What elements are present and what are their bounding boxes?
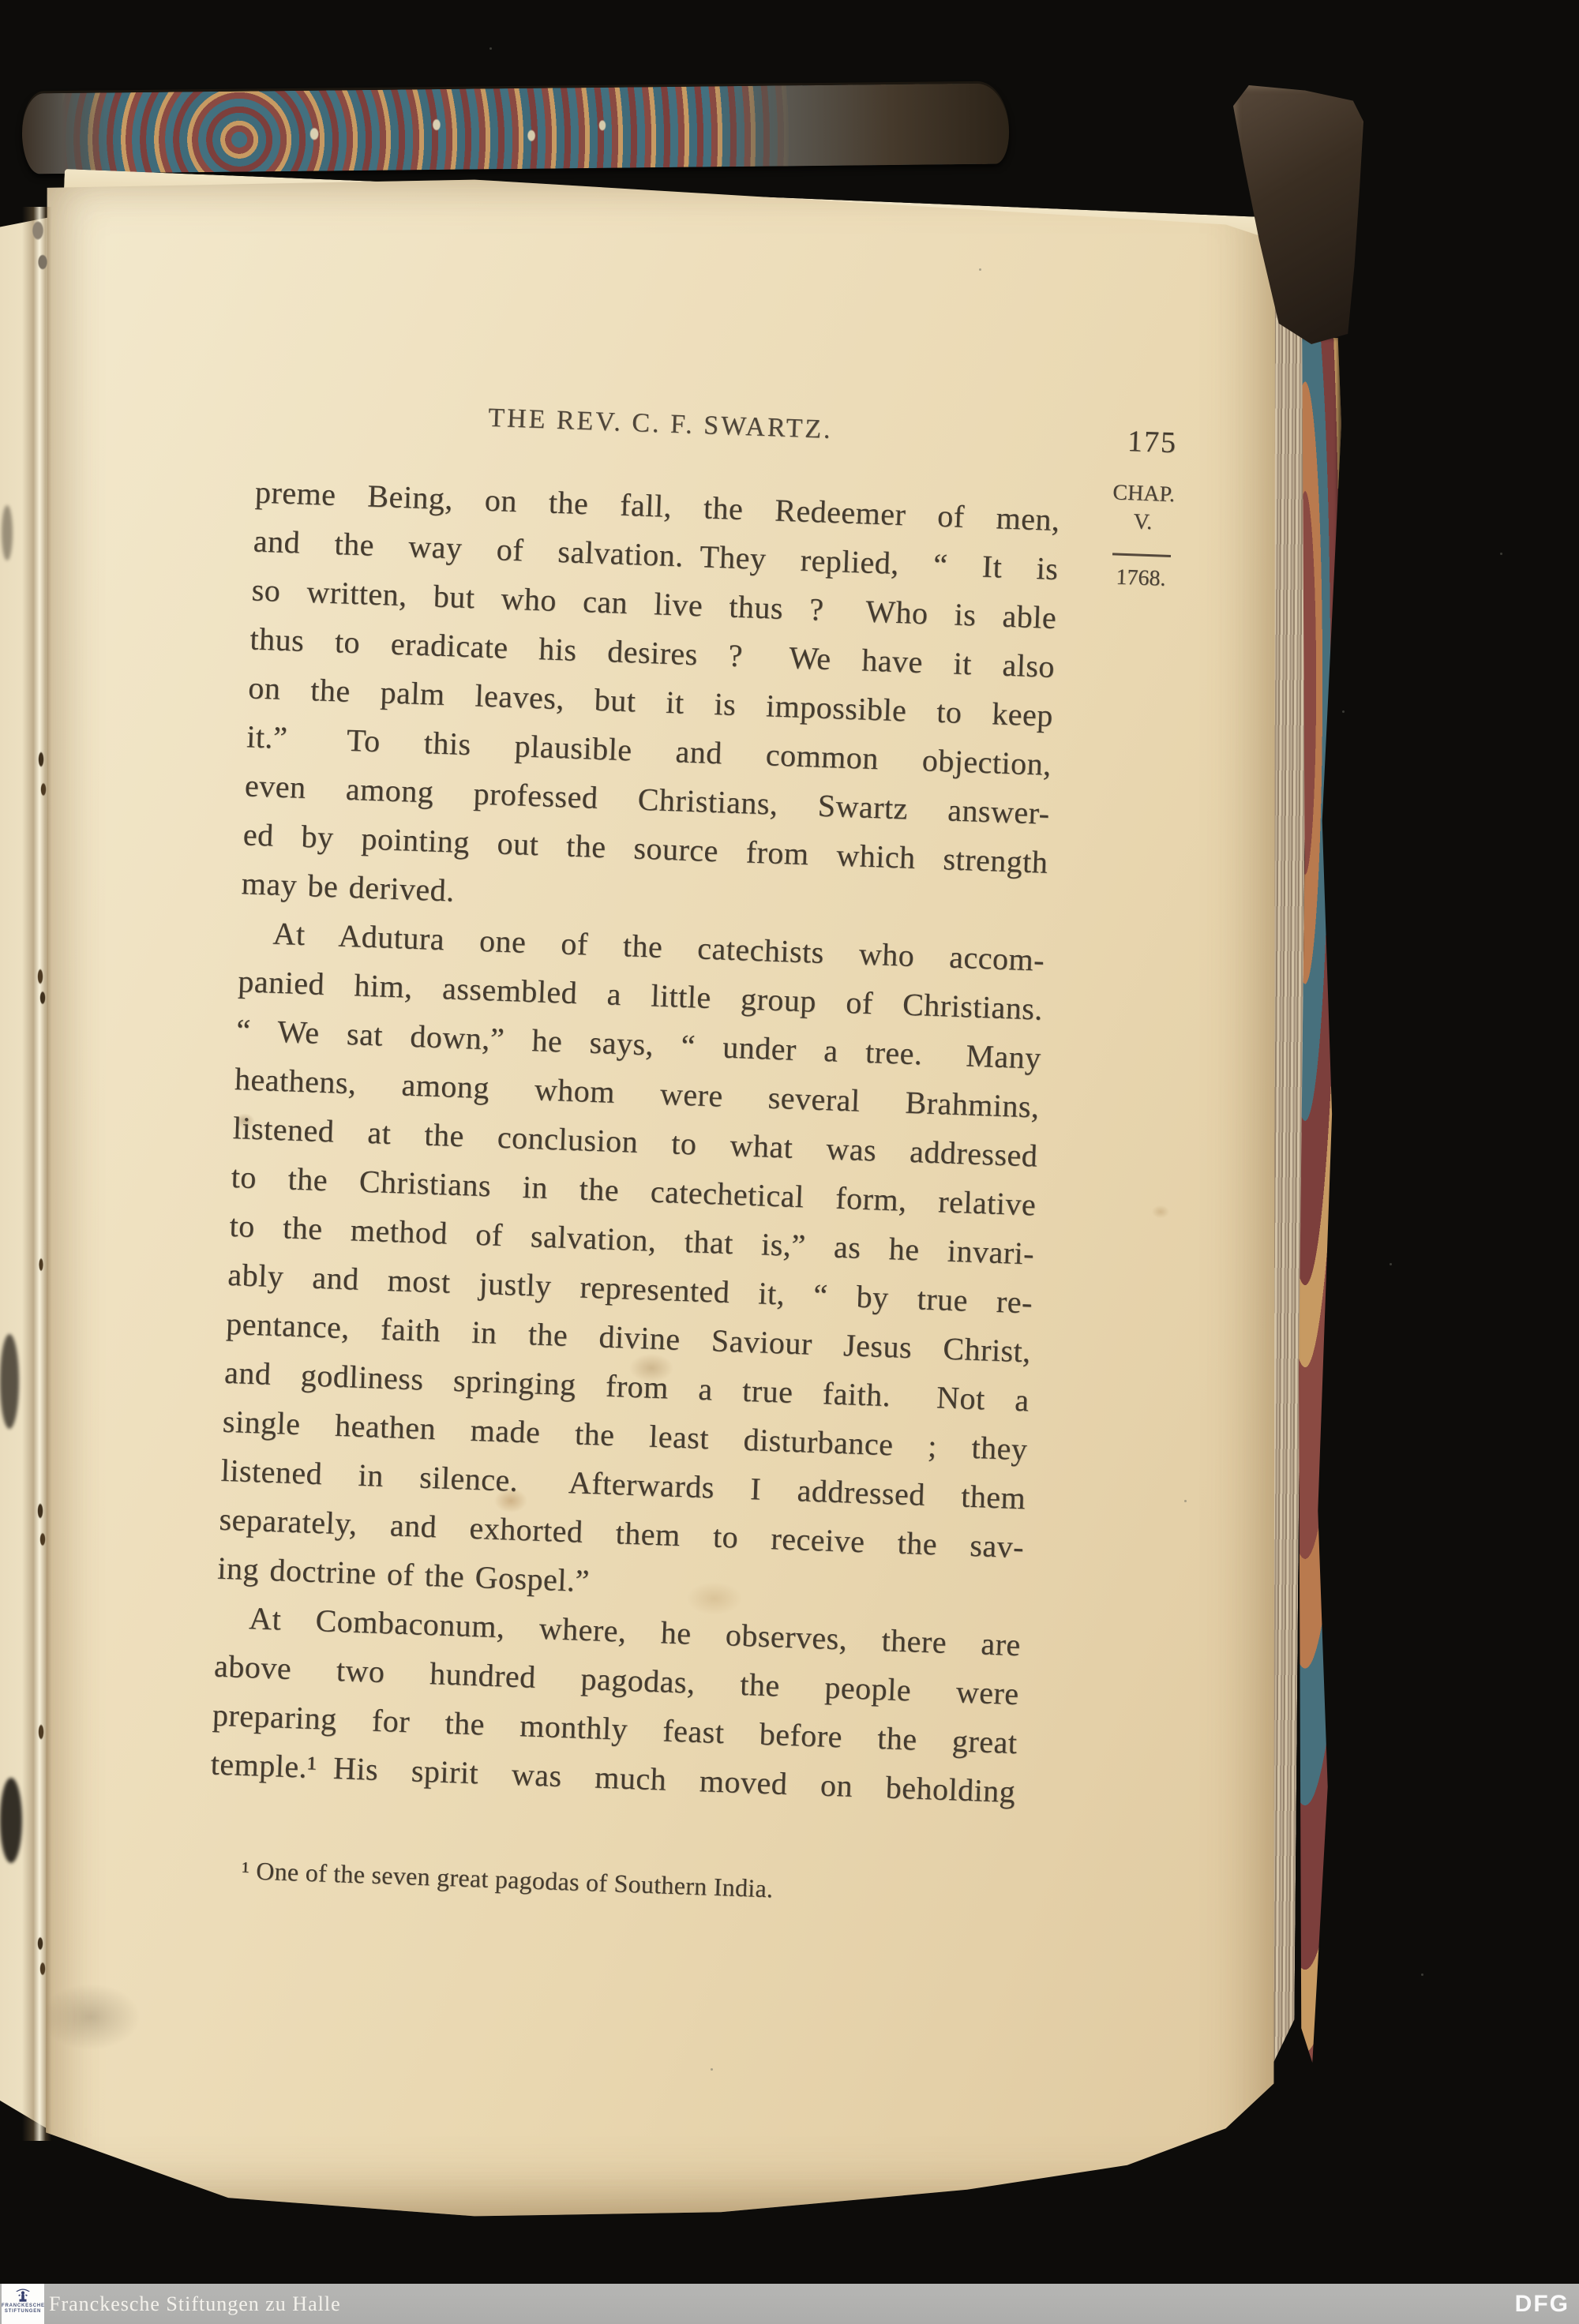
- dust-speck: [711, 2068, 713, 2071]
- institution-logo: FRANCKESCHE STIFTUNGEN: [2, 2284, 44, 2324]
- printed-text-layer: THE REV. C. F. SWARTZ. 175 CHAP. V. 1768…: [210, 395, 1063, 1817]
- chapter-numeral: V.: [1083, 508, 1202, 537]
- body-text: preme Being, on the fall, the Redeemer o…: [210, 467, 1061, 1816]
- page-number: 175: [1127, 424, 1177, 460]
- marbled-board-top-edge: [22, 83, 1010, 174]
- binding-seam: [22, 207, 60, 2141]
- dust-speck: [489, 47, 492, 50]
- year-label: 1768.: [1081, 564, 1200, 593]
- dust-speck: [1500, 553, 1502, 555]
- institution-logo-text-line1: FRANCKESCHE: [2, 2303, 44, 2309]
- book-scan: THE REV. C. F. SWARTZ. 175 CHAP. V. 1768…: [0, 0, 1579, 2324]
- franckesche-logo-icon: [14, 2286, 32, 2303]
- scan-footer-bar: Franckesche Stiftungen zu Halle DFG: [0, 2284, 1579, 2324]
- marginalia: CHAP. V. 1768.: [1081, 479, 1203, 593]
- institution-logo-text-line2: STIFTUNGEN: [2, 2309, 44, 2315]
- marbled-board-right-edge: [1299, 338, 1341, 2063]
- institution-label: Franckesche Stiftungen zu Halle: [49, 2284, 341, 2324]
- margin-rule: [1112, 553, 1171, 557]
- ink-smudge: [0, 1778, 22, 1863]
- dust-speck: [1390, 1263, 1392, 1265]
- dust-speck: [1342, 710, 1345, 713]
- ink-smudge: [0, 1334, 19, 1429]
- dfg-logo: DFG: [1515, 2284, 1570, 2324]
- chapter-label: CHAP.: [1084, 479, 1203, 508]
- dust-speck: [979, 268, 981, 271]
- dust-speck: [1421, 1974, 1423, 1976]
- ink-smudge: [2, 505, 13, 560]
- dust-speck: [1184, 1500, 1187, 1502]
- dust-speck: [237, 118, 239, 121]
